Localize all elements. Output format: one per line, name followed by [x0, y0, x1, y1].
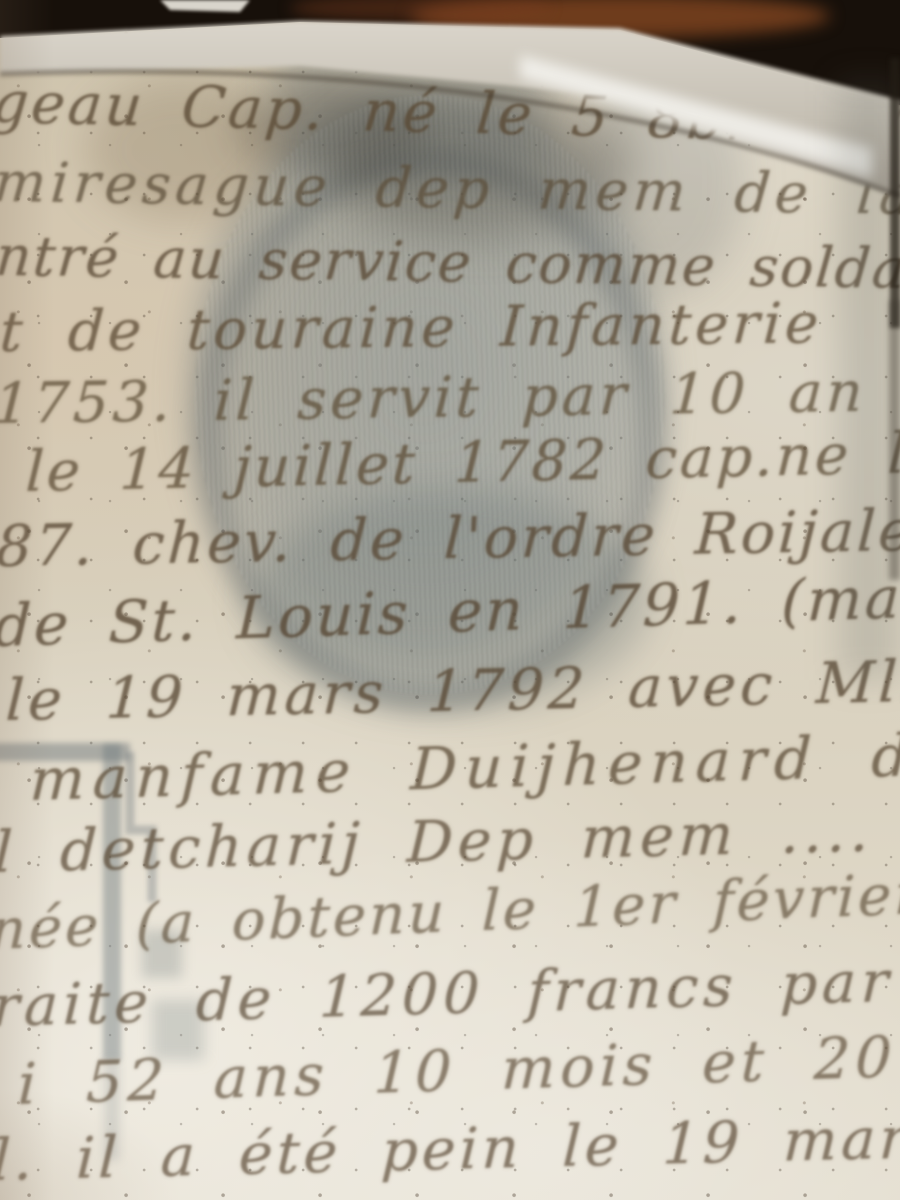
handwriting-line-3: ntré au service comme soldat: [0, 224, 900, 301]
handwriting-line-4: t de touraine Infanterie: [0, 291, 824, 365]
framed-manuscript-photo: { "photo_type": "framed handwritten manu…: [0, 0, 900, 1200]
